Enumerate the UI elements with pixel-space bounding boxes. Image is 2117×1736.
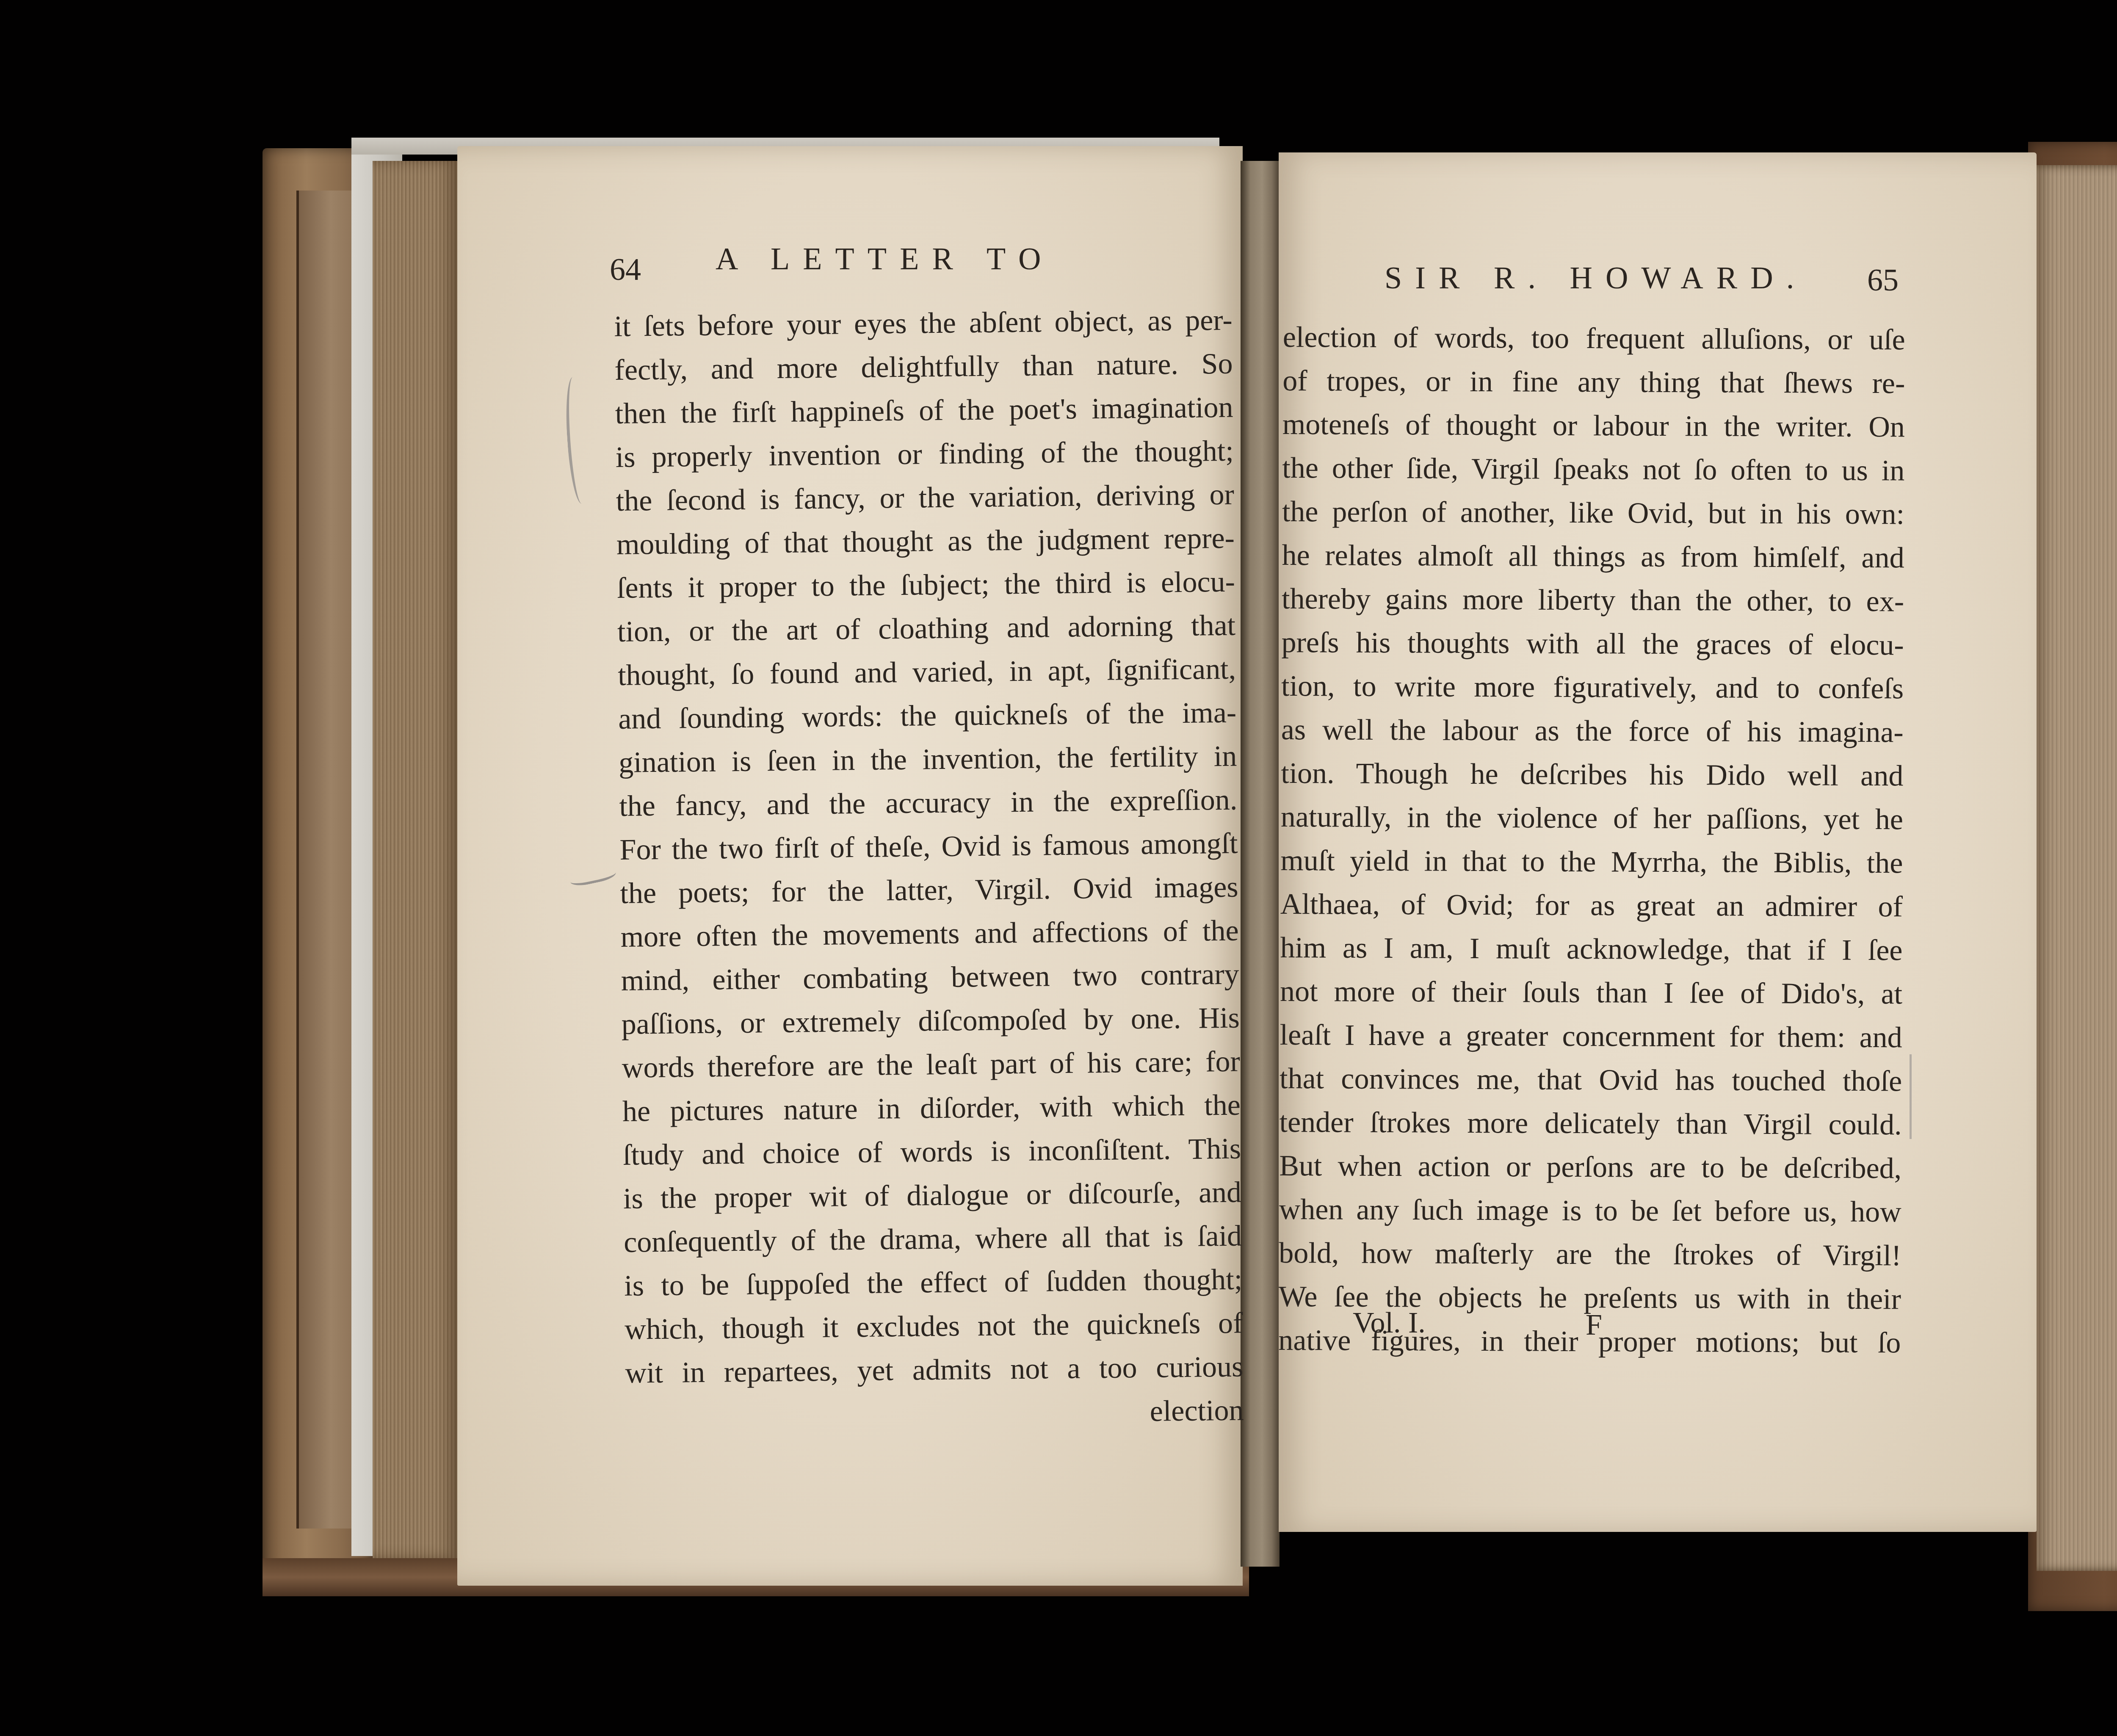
- text-line: of tropes, or in fine any thing that ſhe…: [1282, 359, 1905, 405]
- text-line: thought, ſo found and varied, in apt, ſi…: [618, 647, 1236, 697]
- right-page-number: 65: [1867, 265, 1899, 296]
- text-line: him as I am, I muſt acknowledge, that if…: [1280, 926, 1902, 972]
- text-line: as well the labour as the force of his i…: [1281, 708, 1904, 754]
- text-line: tion, or the art of cloathing and adorni…: [617, 604, 1236, 654]
- pencil-margin-line: [1905, 1054, 1912, 1139]
- text-line: that convinces me, that Ovid has touched…: [1280, 1057, 1902, 1103]
- text-line: Althaea, of Ovid; for as great an admire…: [1280, 882, 1903, 929]
- text-line: he relates almoſt all things as from him…: [1282, 534, 1904, 580]
- left-page-body: it ſets before your eyes the abſent obje…: [614, 299, 1244, 1439]
- text-line: he pictures nature in diſorder, with whi…: [622, 1084, 1241, 1133]
- text-line: and ſounding words: the quickneſs of the…: [618, 691, 1237, 741]
- text-line: gination is ſeen in the invention, the f…: [619, 735, 1237, 785]
- text-line: when any ſuch image is to be ſet before …: [1279, 1188, 1901, 1234]
- gathering-signature-mark: F: [1586, 1310, 1602, 1340]
- text-line: the other ſide, Virgil ſpeaks not ſo oft…: [1282, 446, 1904, 492]
- text-line: But when action or perſons are to be deſ…: [1279, 1144, 1901, 1190]
- text-line: the ſecond is fancy, or the variation, d…: [616, 473, 1234, 523]
- text-line: not more of their ſouls than I ſee of Di…: [1280, 970, 1902, 1016]
- text-line: fectly, and more delightfully than natur…: [614, 342, 1233, 392]
- text-line: the poets; for the latter, Virgil. Ovid …: [620, 865, 1238, 915]
- text-line: then the firſt happineſs of the poet's i…: [615, 386, 1233, 436]
- catchword: election: [625, 1389, 1244, 1439]
- text-line: ſtudy and choice of words is inconſiſten…: [622, 1127, 1241, 1177]
- text-line: conſequently of the drama, where all tha…: [624, 1214, 1242, 1264]
- text-line: which, though it excludes not the quickn…: [625, 1302, 1243, 1352]
- text-line: bold, how maſterly are the ſtrokes of Vi…: [1279, 1231, 1901, 1277]
- text-line: wit in repartees, yet admits not a too c…: [625, 1345, 1244, 1395]
- text-line: is to be ſuppoſed the effect of ſudden t…: [624, 1258, 1243, 1308]
- text-line: is the proper wit of dialogue or diſcour…: [623, 1171, 1242, 1221]
- text-line: it ſets before your eyes the abſent obje…: [614, 299, 1233, 348]
- volume-signature: Vol. I.: [1353, 1308, 1426, 1338]
- text-line: muſt yield in that to the Myrrha, the Bi…: [1280, 839, 1903, 885]
- left-page-number: 64: [610, 254, 641, 285]
- text-line: the perſon of another, like Ovid, but in…: [1282, 490, 1904, 536]
- text-line: thereby gains more liberty than the othe…: [1282, 577, 1904, 623]
- text-line: words therefore are the leaſt part of hi…: [622, 1040, 1240, 1090]
- text-line: tender ſtrokes more delicately than Virg…: [1279, 1100, 1901, 1147]
- text-line: leaſt I have a greater concernment for t…: [1280, 1013, 1902, 1059]
- text-line: preſs his thoughts with all the graces o…: [1281, 621, 1904, 667]
- text-line: moteneſs of thought or labour in the wri…: [1282, 403, 1905, 449]
- text-line: tion. Though he deſcribes his Dido well …: [1281, 752, 1903, 798]
- text-line: election of words, too frequent alluſion…: [1283, 315, 1905, 362]
- right-running-head: SIR R. HOWARD.: [1385, 263, 1807, 294]
- text-line: ſents it proper to the ſubject; the thir…: [616, 560, 1235, 610]
- book-gutter: [1241, 161, 1280, 1567]
- right-page-stack-edge: [2037, 165, 2117, 1571]
- text-line: moulding of that thought as the judgment…: [616, 517, 1235, 567]
- right-page-body: election of words, too frequent alluſion…: [1278, 315, 1905, 1365]
- left-page-stack-edge: [373, 161, 457, 1558]
- text-line: For the two firſt of theſe, Ovid is famo…: [619, 822, 1238, 872]
- text-line: is properly invention or finding of the …: [615, 429, 1234, 479]
- text-line: more often the movements and affections …: [620, 909, 1239, 959]
- text-line: tion, to write more figuratively, and to…: [1281, 664, 1904, 710]
- left-running-head: A LETTER TO: [716, 243, 1054, 275]
- text-line: naturally, in the violence of her paſſio…: [1281, 795, 1903, 841]
- text-line: mind, either combating between two contr…: [621, 953, 1239, 1003]
- text-line: the fancy, and the accuracy in the expre…: [619, 778, 1238, 828]
- text-line: paſſions, or extremely diſcompoſed by on…: [621, 996, 1240, 1046]
